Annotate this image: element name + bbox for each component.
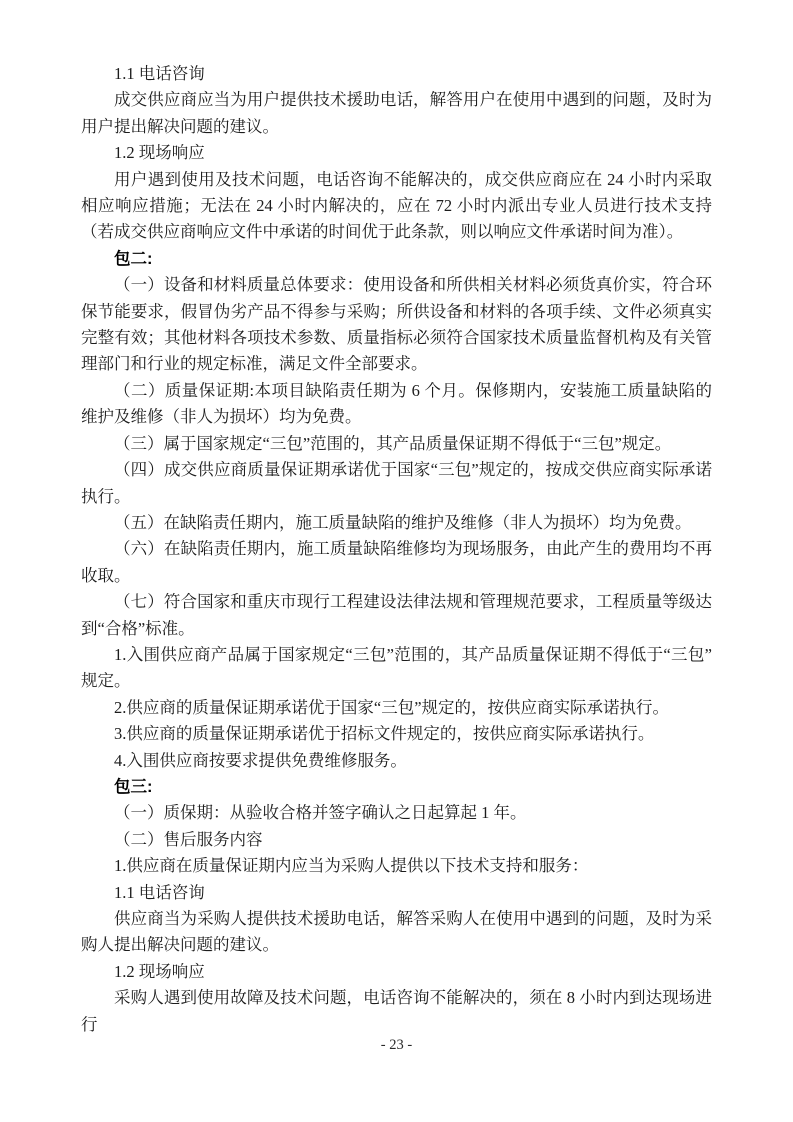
document-page: 1.1 电话咨询 成交供应商应当为用户提供技术援助电话，解答用户在使用中遇到的问…	[0, 0, 793, 1122]
para-phone-consult: 成交供应商应当为用户提供技术援助电话，解答用户在使用中遇到的问题，及时为用户提出…	[81, 87, 712, 140]
para-list-1-warranty: 1.入围供应商产品属于国家规定“三包”范围的，其产品质量保证期不得低于“三包”规…	[81, 642, 712, 695]
para-item-4-supplier-commitment: （四）成交供应商质量保证期承诺优于国家“三包”规定的，按成交供应商实际承诺执行。	[81, 457, 712, 510]
para-item-6-onsite-service: （六）在缺陷责任期内，施工质量缺陷维修均为现场服务，由此产生的费用均不再收取。	[81, 536, 712, 589]
para-tech-support-intro: 1.供应商在质量保证期内应当为采购人提供以下技术支持和服务：	[81, 853, 712, 879]
subsection-heading-1-2-onsite: 1.2 现场响应	[81, 140, 712, 166]
heading-package-two: 包二:	[81, 246, 712, 272]
para-warranty-one-year: （一）质保期：从验收合格并签字确认之日起算起 1 年。	[81, 800, 712, 826]
para-onsite-response-pkg3: 采购人遇到使用故障及技术问题，电话咨询不能解决的，须在 8 小时内到达现场进行	[81, 985, 712, 1038]
para-item-3-three-guarantees: （三）属于国家规定“三包”范围的，其产品质量保证期不得低于“三包”规定。	[81, 431, 712, 457]
para-item-1-quality-requirements: （一）设备和材料质量总体要求：使用设备和所供相关材料必须货真价实，符合环保节能要…	[81, 272, 712, 378]
subsection-heading-1-2-onsite-pkg3: 1.2 现场响应	[81, 959, 712, 985]
page-number: - 23 -	[0, 1033, 793, 1057]
para-aftersales-content: （二）售后服务内容	[81, 827, 712, 853]
para-onsite-response: 用户遇到使用及技术问题，电话咨询不能解决的，成交供应商应在 24 小时内采取相应…	[81, 167, 712, 246]
subsection-heading-1-1-phone-pkg3: 1.1 电话咨询	[81, 880, 712, 906]
para-list-3-tender-commitment: 3.供应商的质量保证期承诺优于招标文件规定的，按供应商实际承诺执行。	[81, 721, 712, 747]
para-item-5-defect-liability-free: （五）在缺陷责任期内，施工质量缺陷的维护及维修（非人为损坏）均为免费。	[81, 510, 712, 536]
para-list-4-free-repair: 4.入围供应商按要求提供免费维修服务。	[81, 748, 712, 774]
subsection-heading-1-1-phone: 1.1 电话咨询	[81, 61, 712, 87]
para-phone-consult-pkg3: 供应商当为采购人提供技术援助电话，解答采购人在使用中遇到的问题，及时为采购人提出…	[81, 906, 712, 959]
para-list-2-commitment: 2.供应商的质量保证期承诺优于国家“三包”规定的，按供应商实际承诺执行。	[81, 695, 712, 721]
para-item-7-quality-standard: （七）符合国家和重庆市现行工程建设法律法规和管理规范要求，工程质量等级达到“合格…	[81, 589, 712, 642]
heading-package-three: 包三:	[81, 774, 712, 800]
document-body: 1.1 电话咨询 成交供应商应当为用户提供技术援助电话，解答用户在使用中遇到的问…	[81, 61, 712, 1038]
para-item-2-warranty-period: （二）质量保证期:本项目缺陷责任期为 6 个月。保修期内，安装施工质量缺陷的维护…	[81, 378, 712, 431]
